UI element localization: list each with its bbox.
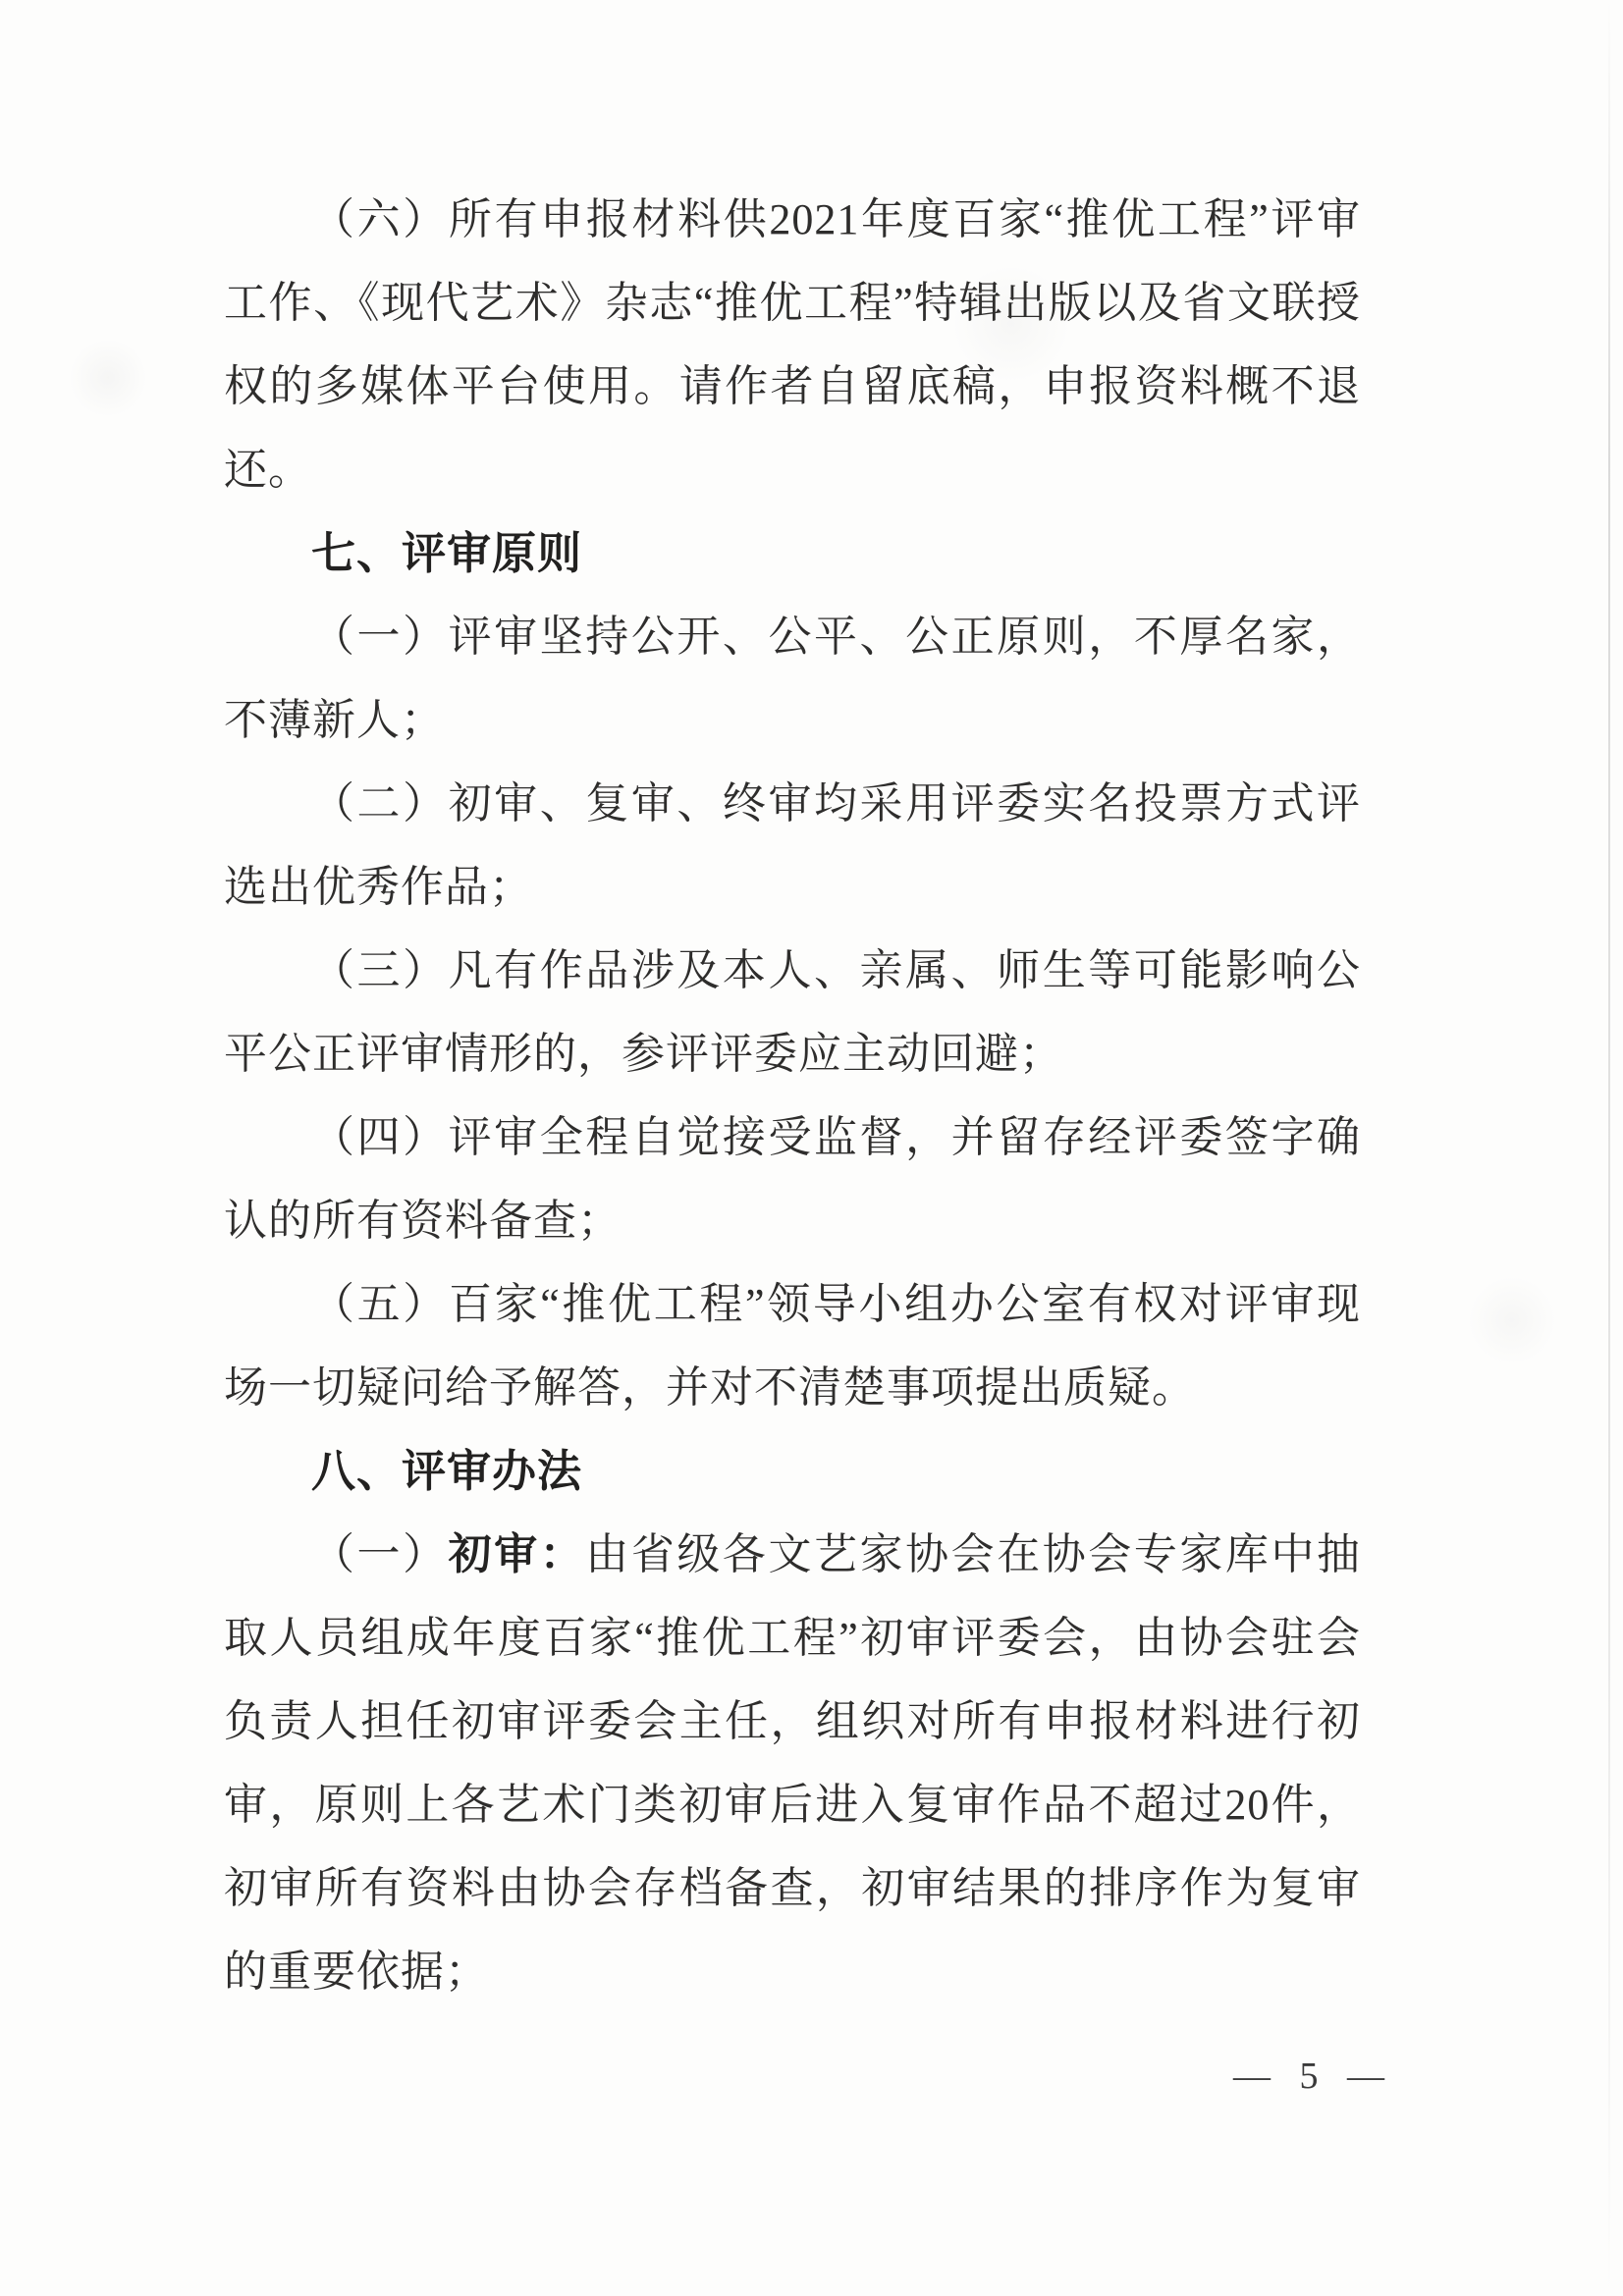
scan-edge-artifact bbox=[1608, 0, 1610, 2296]
paragraph-item-6: （六）所有申报材料供2021年度百家“推优工程”评审工作、《现代艺术》杂志“推优… bbox=[224, 178, 1361, 511]
page-number: — 5 — bbox=[1233, 2055, 1394, 2098]
method-item-1: （一）初审：由省级各文艺家协会在协会专家库中抽取人员组成年度百家“推优工程”初审… bbox=[224, 1513, 1361, 2013]
principle-item-2: （二）初审、复审、终审均采用评委实名投票方式评选出优秀作品； bbox=[224, 762, 1361, 929]
document-body: （六）所有申报材料供2021年度百家“推优工程”评审工作、《现代艺术》杂志“推优… bbox=[224, 178, 1361, 2013]
principle-item-3: （三）凡有作品涉及本人、亲属、师生等可能影响公平公正评审情形的，参评评委应主动回… bbox=[224, 929, 1361, 1095]
method-item-number: （一） bbox=[311, 1530, 449, 1578]
section-heading-review-methods: 八、评审办法 bbox=[224, 1429, 1361, 1513]
method-term-label: 初审： bbox=[449, 1530, 586, 1578]
scanned-document-page: （六）所有申报材料供2021年度百家“推优工程”评审工作、《现代艺术》杂志“推优… bbox=[0, 0, 1623, 2296]
principle-item-4: （四）评审全程自觉接受监督，并留存经评委签字确认的所有资料备查； bbox=[224, 1095, 1361, 1262]
method-item-text: 由省级各文艺家协会在协会专家库中抽取人员组成年度百家“推优工程”初审评委会，由协… bbox=[224, 1530, 1361, 1996]
principle-item-1: （一）评审坚持公开、公平、公正原则，不厚名家，不薄新人； bbox=[224, 595, 1361, 762]
section-heading-review-principles: 七、评审原则 bbox=[224, 511, 1361, 595]
principle-item-5: （五）百家“推优工程”领导小组办公室有权对评审现场一切疑问给予解答，并对不清楚事… bbox=[224, 1262, 1361, 1429]
